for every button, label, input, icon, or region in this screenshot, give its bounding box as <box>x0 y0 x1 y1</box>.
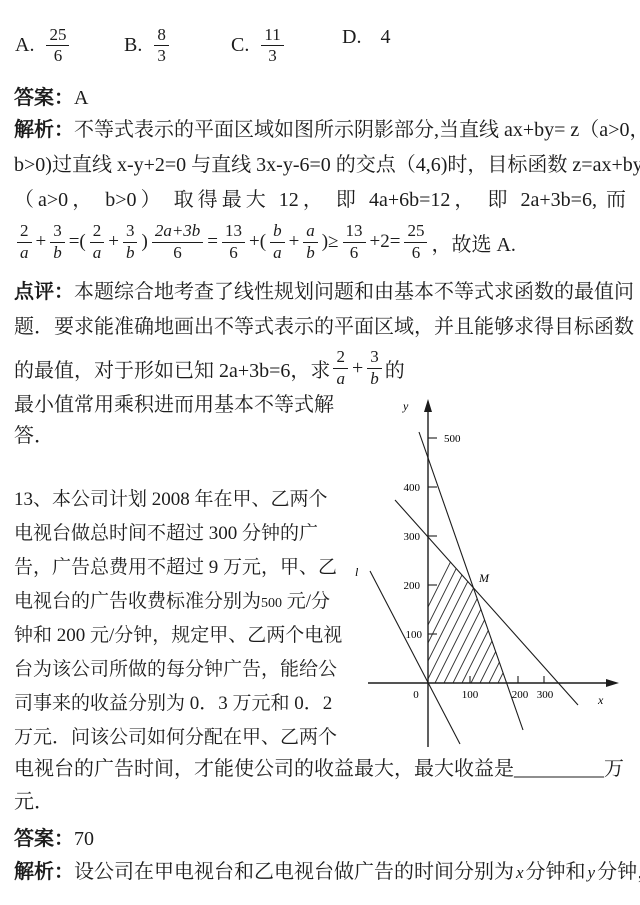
fraction: 136 <box>222 222 245 262</box>
comment-label: 点评： <box>14 281 74 303</box>
analysis1-text1: 不等式表示的平面区域如图所示阴影部分,当直线 ax+by= z（a>0， <box>74 119 640 141</box>
x-axis-ticks <box>470 676 544 683</box>
x-tick-label-200: 200 <box>512 689 529 701</box>
option-c-fraction: 113 <box>261 26 283 66</box>
comment-text3a: 的最值，对于形如已知 2a+3b=6，求 <box>14 354 330 383</box>
linear-programming-figure: 500 400 300 200 100 0 100 200 300 y x l … <box>350 395 640 765</box>
operator: +( <box>249 231 266 253</box>
q13-line1: 13、本公司计划 2008 年在甲、乙两个 <box>14 489 328 511</box>
option-d-label: D. <box>342 26 361 49</box>
analysis13-line: 解析：设公司在甲电视台和乙电视台做广告的时间分别为x分钟和y分钟， <box>14 860 640 885</box>
fraction: 256 <box>404 222 427 262</box>
operator: + <box>289 231 300 253</box>
q13-text4a: 电视台的广告收费标准分别为 <box>14 591 261 612</box>
answer-value: A <box>74 87 88 109</box>
answer13-value: 70 <box>74 828 94 850</box>
operator: + <box>352 357 363 380</box>
fraction: 136 <box>343 222 366 262</box>
option-b-label: B. <box>124 34 142 57</box>
operator: =( <box>69 231 86 253</box>
option-a-fraction: 256 <box>46 26 69 66</box>
option-a-label: A. <box>15 34 34 57</box>
analysis13-var-x: x <box>516 863 524 882</box>
constraint-line-steep <box>419 432 523 730</box>
fraction: 3b <box>50 222 65 262</box>
fraction: 2a+3b6 <box>152 222 203 262</box>
fraction: ab <box>303 222 318 262</box>
comment-line4: 最小值常用乘积进而用基本不等式解 <box>14 393 334 417</box>
operator: + <box>108 231 119 253</box>
operator: = <box>207 231 218 253</box>
q13-line5: 钟和 200 元/分钟，规定甲、乙两个电视 <box>14 625 342 647</box>
fraction: 3b <box>123 222 138 262</box>
feasible-region-svg: 500 400 300 200 100 0 100 200 300 y x l … <box>350 395 640 760</box>
q13-line7: 司事来的收益分别为 0．3 万元和 0．2 <box>14 693 332 715</box>
q13-line2: 电视台做总时间不超过 300 分钟的广 <box>14 523 318 545</box>
q13-line4: 电视台的广告收费标准分别为500 元/分 <box>14 591 330 615</box>
answer-line-1: 答案：A <box>14 86 88 110</box>
fraction: ba <box>270 222 285 262</box>
x-tick-label-100: 100 <box>462 689 479 701</box>
y-tick-label-100: 100 <box>406 629 423 641</box>
comment-text1: 本题综合地考查了线性规划问题和由基本不等式求函数的最值问 <box>74 281 634 303</box>
answer-label: 答案： <box>14 87 74 109</box>
objective-line-label: l <box>355 565 359 579</box>
answer13-label: 答案： <box>14 828 74 850</box>
analysis13-label: 解析： <box>14 861 74 883</box>
q13-line3: 告，广告总费用不超过 9 万元，甲、乙 <box>14 557 337 579</box>
comment-line1: 点评：本题综合地考查了线性规划问题和由基本不等式求函数的最值问 <box>14 280 634 304</box>
option-a: A. 256 <box>15 26 72 66</box>
analysis1-line3: （a>0， b>0） 取得最大 12， 即 4a+6b=12， 即 2a+3b=… <box>14 188 626 212</box>
x-tick-label-300: 300 <box>537 689 554 701</box>
option-d-value: 4 <box>380 26 390 49</box>
y-tick-label-400: 400 <box>404 482 421 494</box>
analysis13-text2: 分钟和 <box>526 861 586 883</box>
analysis-label: 解析： <box>14 119 74 141</box>
y-tick-label-200: 200 <box>404 580 421 592</box>
q13-text4c: 元/分 <box>287 591 330 612</box>
q13-text4b: 500 <box>261 596 282 611</box>
option-b-fraction: 83 <box>154 26 169 66</box>
x-tick-label-0: 0 <box>413 689 419 701</box>
comment-line2: 题．要求能准确地画出不等式表示的平面区域，并且能够求得目标函数 <box>14 315 634 339</box>
analysis1-line1: 解析：不等式表示的平面区域如图所示阴影部分,当直线 ax+by= z（a>0， <box>14 118 640 142</box>
comment-line3: 的最值，对于形如已知 2a+3b=6，求 2a + 3b 的 <box>14 343 405 393</box>
q13-line8: 万元．问该公司如何分配在甲、乙两个 <box>14 727 337 749</box>
x-axis-arrow-icon <box>606 679 619 687</box>
comment-line5: 答． <box>14 424 54 448</box>
y-axis-label: y <box>402 399 409 413</box>
fraction: 2a <box>333 348 348 388</box>
operator: )≥ <box>322 231 339 253</box>
y-axis-arrow-icon <box>424 399 432 412</box>
fraction: 2a <box>17 222 32 262</box>
point-m-label: M <box>478 571 490 585</box>
operator: +2= <box>370 231 401 253</box>
analysis13-text1: 设公司在甲电视台和乙电视台做广告的时间分别为 <box>74 861 514 883</box>
operator: ) <box>141 231 147 253</box>
option-b: B. 83 <box>124 26 172 66</box>
analysis1-line2: b>0)过直线 x-y+2=0 与直线 3x-y-6=0 的交点（4,6)时，目… <box>14 153 640 177</box>
q13-line6: 台为该公司所做的每分钟广告，能给公 <box>14 659 337 681</box>
option-c-label: C. <box>231 34 249 57</box>
objective-line-l <box>370 571 460 744</box>
analysis13-text3: 分钟， <box>597 861 640 883</box>
formula-line: 2a + 3b =( 2a + 3b ) 2a+3b6 = 136 +( ba … <box>14 219 517 265</box>
constraint-line-gentle <box>395 500 578 705</box>
q13-line10: 元． <box>14 790 54 814</box>
math-solution-page: A. 256 B. 83 C. 113 D. 4 答案：A 解析：不等式表示的平… <box>0 0 640 905</box>
formula-tail: ，故选 A. <box>431 228 515 257</box>
y-tick-label-300: 300 <box>404 531 421 543</box>
y-tick-label-500: 500 <box>444 433 461 445</box>
fraction: 2a <box>90 222 105 262</box>
answer-line-13: 答案：70 <box>14 827 94 851</box>
feasible-region-hatch <box>386 531 592 691</box>
option-d: D. 4 <box>342 26 390 49</box>
fraction: 3b <box>367 348 382 388</box>
operator: + <box>36 231 47 253</box>
x-axis-label: x <box>597 693 604 707</box>
analysis13-var-y: y <box>588 863 596 882</box>
option-c: C. 113 <box>231 26 287 66</box>
comment-text3b: 的 <box>385 354 405 383</box>
